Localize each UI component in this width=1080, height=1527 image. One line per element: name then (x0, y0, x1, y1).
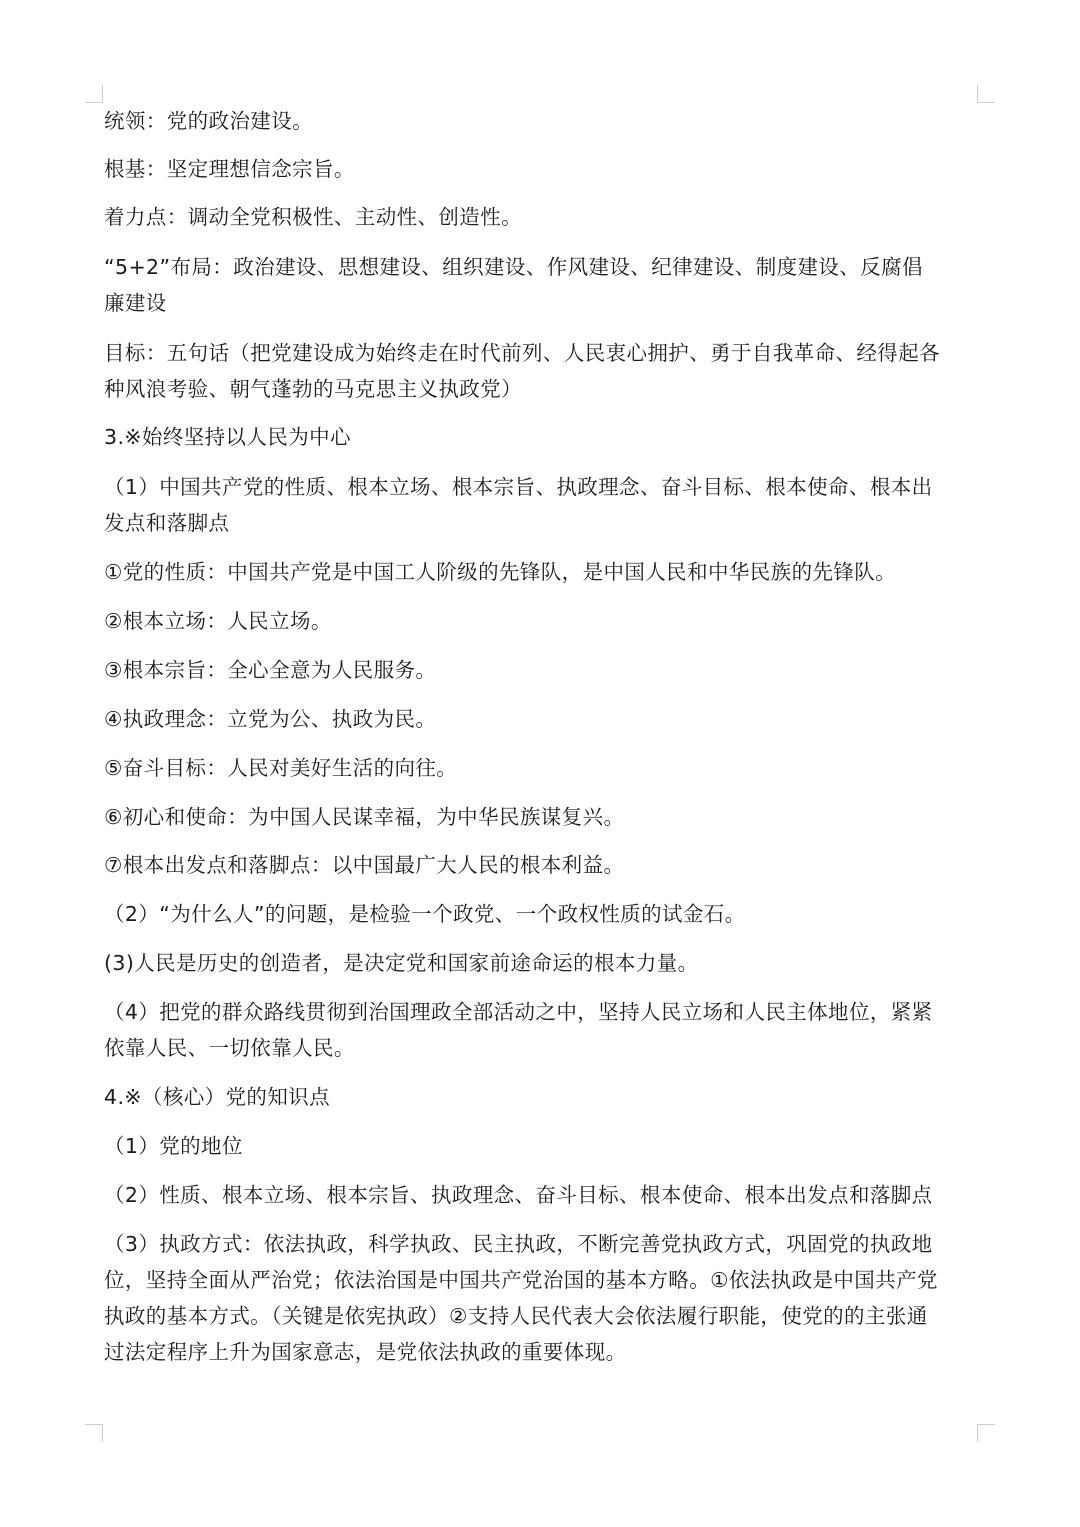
paragraph: 目标：五句话（把党建设成为始终走在时代前列、人民衷心拥护、勇于自我革命、经得起各… (104, 335, 984, 407)
text-line: ③根本宗旨：全心全意为人民服务。 (104, 652, 984, 688)
text-line: 3.※始终坚持以人民为中心 (104, 419, 984, 455)
text-line: “5+2”布局：政治建设、思想建设、组织建设、作风建设、纪律建设、制度建设、反腐… (104, 249, 984, 285)
paragraph: 根基：坚定理想信念宗旨。 (104, 151, 984, 187)
paragraph: （2）“为什么人”的问题，是检验一个政党、一个政权性质的试金石。 (104, 896, 984, 932)
text-line: (3)人民是历史的创造者，是决定党和国家前途命运的根本力量。 (104, 945, 984, 981)
text-line: （4）把党的群众路线贯彻到治国理政全部活动之中，坚持人民立场和人民主体地位，紧紧 (104, 994, 984, 1030)
paragraph: （1）党的地位 (104, 1128, 984, 1164)
text-line: （3）执政方式：依法执政，科学执政、民主执政，不断完善党执政方式，巩固党的执政地 (104, 1226, 984, 1262)
paragraph: （2）性质、根本立场、根本宗旨、执政理念、奋斗目标、根本使命、根本出发点和落脚点 (104, 1177, 984, 1213)
paragraph: 统领：党的政治建设。 (104, 103, 984, 139)
text-line: 依靠人民、一切依靠人民。 (104, 1030, 984, 1066)
text-line: 种风浪考验、朝气蓬勃的马克思主义执政党） (104, 371, 984, 407)
crop-mark-top-left (85, 85, 103, 103)
text-line: （1）党的地位 (104, 1128, 984, 1164)
paragraph: 4.※（核心）党的知识点 (104, 1079, 984, 1115)
paragraph: ①党的性质：中国共产党是中国工人阶级的先锋队，是中国人民和中华民族的先锋队。 (104, 554, 984, 590)
paragraph: ⑦根本出发点和落脚点：以中国最广大人民的根本利益。 (104, 847, 984, 883)
text-line: ②根本立场：人民立场。 (104, 603, 984, 639)
paragraph: ⑤奋斗目标：人民对美好生活的向往。 (104, 750, 984, 786)
text-line: （1）中国共产党的性质、根本立场、根本宗旨、执政理念、奋斗目标、根本使命、根本出 (104, 469, 984, 505)
paragraph: （4）把党的群众路线贯彻到治国理政全部活动之中，坚持人民立场和人民主体地位，紧紧… (104, 994, 984, 1066)
paragraph: （3）执政方式：依法执政，科学执政、民主执政，不断完善党执政方式，巩固党的执政地… (104, 1226, 984, 1370)
crop-mark-top-right (977, 85, 995, 103)
text-line: （2）性质、根本立场、根本宗旨、执政理念、奋斗目标、根本使命、根本出发点和落脚点 (104, 1177, 984, 1213)
text-line: ⑦根本出发点和落脚点：以中国最广大人民的根本利益。 (104, 847, 984, 883)
paragraph: 着力点：调动全党积极性、主动性、创造性。 (104, 199, 984, 235)
text-line: ④执政理念：立党为公、执政为民。 (104, 701, 984, 737)
document-page: 统领：党的政治建设。根基：坚定理想信念宗旨。着力点：调动全党积极性、主动性、创造… (0, 0, 1080, 1527)
paragraph: （1）中国共产党的性质、根本立场、根本宗旨、执政理念、奋斗目标、根本使命、根本出… (104, 469, 984, 541)
text-line: 4.※（核心）党的知识点 (104, 1079, 984, 1115)
text-line: 位，坚持全面从严治党；依法治国是中国共产党治国的基本方略。①依法执政是中国共产党 (104, 1262, 984, 1298)
paragraph: ③根本宗旨：全心全意为人民服务。 (104, 652, 984, 688)
text-line: 根基：坚定理想信念宗旨。 (104, 151, 984, 187)
paragraph: (3)人民是历史的创造者，是决定党和国家前途命运的根本力量。 (104, 945, 984, 981)
paragraph: ②根本立场：人民立场。 (104, 603, 984, 639)
text-line: 统领：党的政治建设。 (104, 103, 984, 139)
text-line: （2）“为什么人”的问题，是检验一个政党、一个政权性质的试金石。 (104, 896, 984, 932)
paragraph: ⑥初心和使命：为中国人民谋幸福，为中华民族谋复兴。 (104, 799, 984, 835)
text-line: 着力点：调动全党积极性、主动性、创造性。 (104, 199, 984, 235)
text-line: ①党的性质：中国共产党是中国工人阶级的先锋队，是中国人民和中华民族的先锋队。 (104, 554, 984, 590)
text-line: ⑤奋斗目标：人民对美好生活的向往。 (104, 750, 984, 786)
crop-mark-bottom-right (977, 1424, 995, 1442)
text-line: 目标：五句话（把党建设成为始终走在时代前列、人民衷心拥护、勇于自我革命、经得起各 (104, 335, 984, 371)
paragraph: ④执政理念：立党为公、执政为民。 (104, 701, 984, 737)
crop-mark-bottom-left (85, 1424, 103, 1442)
text-line: 廉建设 (104, 285, 984, 321)
text-line: ⑥初心和使命：为中国人民谋幸福，为中华民族谋复兴。 (104, 799, 984, 835)
text-line: 发点和落脚点 (104, 505, 984, 541)
paragraph: “5+2”布局：政治建设、思想建设、组织建设、作风建设、纪律建设、制度建设、反腐… (104, 249, 984, 321)
text-line: 执政的基本方式。（关键是依宪执政）②支持人民代表大会依法履行职能，使党的的主张通 (104, 1298, 984, 1334)
text-line: 过法定程序上升为国家意志，是党依法执政的重要体现。 (104, 1334, 984, 1370)
paragraph: 3.※始终坚持以人民为中心 (104, 419, 984, 455)
